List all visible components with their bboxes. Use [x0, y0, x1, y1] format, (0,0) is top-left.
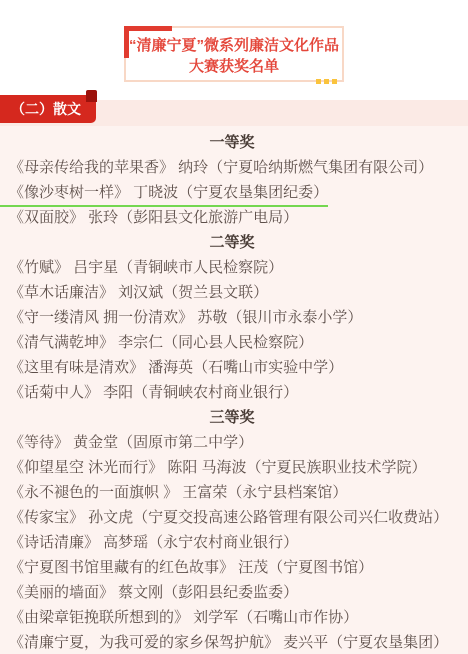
list-item: 《清廉宁夏，为我可爱的家乡保驾护航》 麦兴平（宁夏农垦集团）	[9, 630, 464, 654]
entry-text: 《由梁章钜挽联所想到的》 刘学军（石嘴山市作协）	[9, 605, 358, 630]
list-item: 《由梁章钜挽联所想到的》 刘学军（石嘴山市作协）	[9, 605, 464, 630]
dot-icon	[324, 79, 329, 84]
list-item: 《美丽的墙面》 蔡文刚（彭阳县纪委监委）	[9, 580, 464, 605]
prize-heading-first: 一等奖	[9, 130, 464, 155]
entry-text: 《守一缕清风 拥一份清欢》 苏敬（银川市永泰小学）	[9, 305, 362, 330]
list-item: 《双面胶》 张玲（彭阳县文化旅游广电局）	[9, 205, 464, 230]
entry-text: 《话菊中人》 李阳（青铜峡农村商业银行）	[9, 380, 298, 405]
entry-text: 《宁夏图书馆里藏有的红色故事》 汪茂（宁夏图书馆）	[9, 555, 373, 580]
section-badge-label: （二）散文	[11, 101, 81, 117]
entry-text: 《母亲传给我的苹果香》 纳玲（宁夏哈纳斯燃气集团有限公司）	[9, 155, 433, 180]
list-item: 《清气满乾坤》 李宗仁（同心县人民检察院）	[9, 330, 464, 355]
dot-icon	[332, 79, 337, 84]
entry-text: 《清廉宁夏，为我可爱的家乡保驾护航》 麦兴平（宁夏农垦集团）	[0, 630, 448, 654]
list-item: 《守一缕清风 拥一份清欢》 苏敬（银川市永泰小学）	[9, 305, 464, 330]
list-item: 《这里有味是清欢》 潘海英（石嘴山市实验中学）	[9, 355, 464, 380]
entry-text: 《像沙枣树一样》 丁晓波（宁夏农垦集团纪委）	[0, 180, 328, 207]
prize-heading-third: 三等奖	[9, 405, 464, 430]
list-item: 《永不褪色的一面旗帜 》 王富荣（永宁县档案馆）	[9, 480, 464, 505]
list-item: 《仰望星空 沐光而行》 陈阳 马海波（宁夏民族职业技术学院）	[9, 455, 464, 480]
list-item: 《等待》 黄金堂（固原市第二中学）	[9, 430, 464, 455]
list-item: 《像沙枣树一样》 丁晓波（宁夏农垦集团纪委）	[9, 180, 464, 205]
list-item: 《竹赋》 吕宇星（青铜峡市人民检察院）	[9, 255, 464, 280]
contest-title-box: “清廉宁夏”微系列廉洁文化作品 大赛获奖名单	[124, 26, 344, 82]
contest-title-line2: 大赛获奖名单	[126, 56, 342, 77]
list-item: 《母亲传给我的苹果香》 纳玲（宁夏哈纳斯燃气集团有限公司）	[9, 155, 464, 180]
entry-text: 《永不褪色的一面旗帜 》 王富荣（永宁县档案馆）	[9, 480, 347, 505]
entry-text: 《等待》 黄金堂（固原市第二中学）	[9, 430, 253, 455]
list-item: 《诗话清廉》 高梦瑶（永宁农村商业银行）	[9, 530, 464, 555]
award-list: 一等奖 《母亲传给我的苹果香》 纳玲（宁夏哈纳斯燃气集团有限公司） 《像沙枣树一…	[0, 128, 468, 654]
dot-icon	[316, 79, 321, 84]
list-item: 《草木话廉洁》 刘汉斌（贺兰县文联）	[9, 280, 464, 305]
contest-title: “清廉宁夏”微系列廉洁文化作品 大赛获奖名单	[126, 35, 342, 77]
entry-text: 《草木话廉洁》 刘汉斌（贺兰县文联）	[9, 280, 268, 305]
badge-ribbon-notch	[86, 90, 97, 102]
entry-text: 《仰望星空 沐光而行》 陈阳 马海波（宁夏民族职业技术学院）	[9, 455, 427, 480]
entry-text: 《竹赋》 吕宇星（青铜峡市人民检察院）	[9, 255, 283, 280]
prize-heading-second: 二等奖	[9, 230, 464, 255]
list-item: 《宁夏图书馆里藏有的红色故事》 汪茂（宁夏图书馆）	[9, 555, 464, 580]
list-item: 《话菊中人》 李阳（青铜峡农村商业银行）	[9, 380, 464, 405]
section-badge-essay: （二）散文	[0, 95, 96, 123]
entry-text: 《诗话清廉》 高梦瑶（永宁农村商业银行）	[9, 530, 298, 555]
list-item: 《传家宝》 孙文虎（宁夏交投高速公路管理有限公司兴仁收费站）	[9, 505, 464, 530]
entry-text: 《美丽的墙面》 蔡文刚（彭阳县纪委监委）	[9, 580, 298, 605]
entry-text: 《传家宝》 孙文虎（宁夏交投高速公路管理有限公司兴仁收费站）	[9, 505, 448, 530]
award-announcement-page: “清廉宁夏”微系列廉洁文化作品 大赛获奖名单 （二）散文 一等奖 《母亲传给我的…	[0, 0, 468, 654]
entry-text: 《双面胶》 张玲（彭阳县文化旅游广电局）	[9, 205, 298, 230]
entry-text: 《清气满乾坤》 李宗仁（同心县人民检察院）	[9, 330, 313, 355]
contest-title-line1: “清廉宁夏”微系列廉洁文化作品	[126, 35, 342, 56]
dots-decoration	[316, 79, 337, 84]
entry-text: 《这里有味是清欢》 潘海英（石嘴山市实验中学）	[9, 355, 343, 380]
corner-accent-horizontal	[124, 26, 172, 31]
